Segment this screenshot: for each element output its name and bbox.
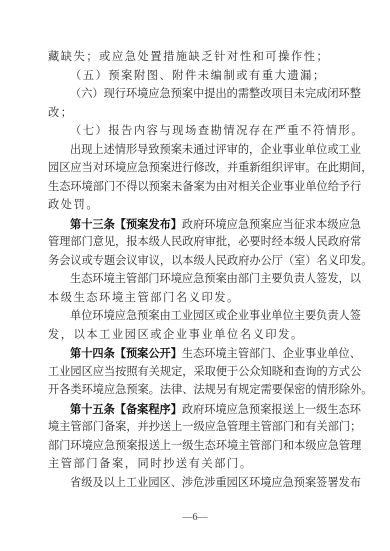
text-line: 本级生态环境主管部门名义印发。 [48,290,342,306]
line-text: （五）预案附图、附件未编制或有重大遗漏； [70,69,326,82]
line-text: 单位环境应急预案由工业园区或企业事业单位主要负责人签 [70,309,361,322]
text-line: （六）现行环境应急预案中提出的需整改项目未完成闭环整 [70,86,342,102]
line-text: 政府环境应急预案应当征求本级应急 [182,218,361,231]
text-line: 发，以本工业园区或企业事业单位名义印发。 [48,327,342,343]
line-text: 生态环境主管部门环境应急预案由部门主要负责人签发，以 [70,272,361,285]
text-line: 单位环境应急预案由工业园区或企业事业单位主要负责人签 [70,308,342,324]
line-text: 工业园区应当按照有关规定，采取便于公众知晓和查询的方式公 [48,365,361,378]
text-line: 管理部门意见，报本级人民政府审批，必要时经本级人民政府常 [48,234,342,250]
line-text: 省级及以上工业园区、涉危涉重园区环境应急预案签署发布 [70,476,361,489]
line-text: 本级生态环境主管部门名义印发。 [48,291,240,304]
text-line: 部门环境应急预案报送上一级生态环境主管部门和本级应急管理 [48,438,342,454]
text-line: 工业园区应当按照有关规定，采取便于公众知晓和查询的方式公 [48,364,342,380]
line-text: 生态环境部门不得以预案未备案为由对相关企业事业单位给予行 [48,180,361,193]
line-text: （七）报告内容与现场查勘情况存在严重不符情形。 [70,124,364,137]
line-text: 园区应当对环境应急预案进行修改，并重新组织评审。在此期间， [48,161,372,174]
text-line: （五）预案附图、附件未编制或有重大遗漏； [70,68,342,84]
line-text: 藏缺失；或应急处置措施缺乏针对性和可操作性； [48,50,329,63]
text-line: 生态环境主管部门环境应急预案由部门主要负责人签发，以 [70,271,342,287]
line-text: 发，以本工业园区或企业事业单位名义印发。 [48,328,304,341]
text-line: 主管部门备案，同时抄送有关部门。 [48,456,342,472]
line-text: 政府环境应急预案报送上一级生态环 [182,403,361,416]
text-line: 第十三条【预案发布】政府环境应急预案应当征求本级应急 [70,216,342,232]
line-text: 部门环境应急预案报送上一级生态环境主管部门和本级应急管理 [48,439,361,452]
line-text: 开各类环境应急预案。法律、法规另有规定需要保密的情形除外。 [48,383,372,396]
text-line: 务会议或专题会议审议，以本级人民政府办公厅（室）名义印发。 [48,253,342,269]
line-text: 出现上述情形导致预案未通过评审的，企业事业单位或工业 [70,143,361,156]
article-heading: 第十四条【预案公开】 [70,346,182,360]
text-line: 出现上述情形导致预案未通过评审的，企业事业单位或工业 [70,142,342,158]
line-text: 改； [48,106,74,119]
text-line: 开各类环境应急预案。法律、法规另有规定需要保密的情形除外。 [48,382,342,398]
line-text: 主管部门备案，同时抄送有关部门。 [48,457,253,470]
line-text: 境主管部门备案，并抄送上一级应急管理主管部门和有关部门； [48,420,361,433]
page-number: —6— [0,512,390,523]
text-line: 省级及以上工业园区、涉危涉重园区环境应急预案签署发布 [70,475,342,491]
article-heading: 第十五条【备案程序】 [70,402,182,416]
text-line: 生态环境部门不得以预案未备案为由对相关企业事业单位给予行 [48,179,342,195]
article-heading: 第十三条【预案发布】 [70,217,182,231]
text-line: 境主管部门备案，并抄送上一级应急管理主管部门和有关部门； [48,419,342,435]
text-line: 政处罚。 [48,197,342,213]
line-text: 政处罚。 [48,198,99,211]
text-line: 改； [48,105,342,121]
document-page: 藏缺失；或应急处置措施缺乏针对性和可操作性；（五）预案附图、附件未编制或有重大遗… [0,0,390,551]
text-line: 第十五条【备案程序】政府环境应急预案报送上一级生态环 [70,401,342,417]
line-text: 生态环境主管部门、企业事业单位、 [182,347,361,360]
line-text: 务会议或专题会议审议，以本级人民政府办公厅（室）名义印发。 [48,254,372,267]
line-text: 管理部门意见，报本级人民政府审批，必要时经本级人民政府常 [48,235,361,248]
text-line: 园区应当对环境应急预案进行修改，并重新组织评审。在此期间， [48,160,342,176]
line-text: （六）现行环境应急预案中提出的需整改项目未完成闭环整 [70,87,361,100]
text-line: 第十四条【预案公开】生态环境主管部门、企业事业单位、 [70,345,342,361]
text-line: 藏缺失；或应急处置措施缺乏针对性和可操作性； [48,49,342,65]
text-line: （七）报告内容与现场查勘情况存在严重不符情形。 [70,123,342,139]
